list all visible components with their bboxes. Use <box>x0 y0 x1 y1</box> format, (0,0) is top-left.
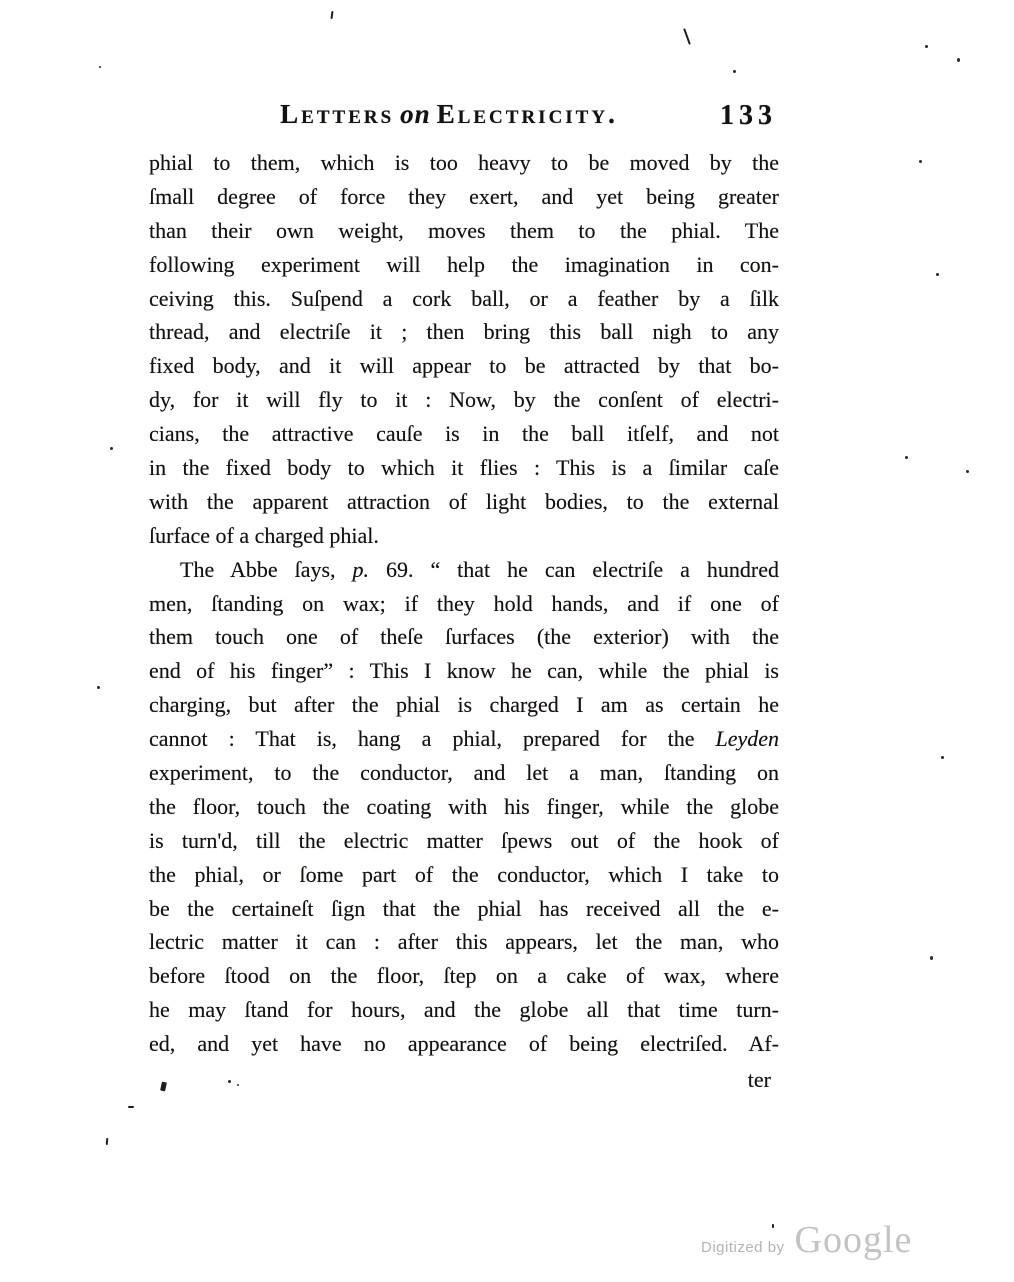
scan-speck <box>128 1106 134 1108</box>
scan-speck <box>772 1224 774 1228</box>
text-segment: ceiving this. Suſpend a cork ball, or a … <box>149 286 779 311</box>
text-line: be the certaineſt ſign that the phial ha… <box>149 892 779 926</box>
scan-speck <box>110 447 113 450</box>
text-segment: is turn'd, till the electric matter ſpew… <box>149 828 779 853</box>
body-lines: phial to them, which is too heavy to be … <box>149 146 779 1061</box>
text-line: end of his finger” : This I know he can,… <box>149 654 779 688</box>
scan-speck <box>683 28 691 45</box>
text-segment: Leyden <box>715 726 779 751</box>
scan-speck <box>97 686 100 689</box>
text-segment: ſurface of a charged phial. <box>149 523 379 548</box>
text-segment: 69. “ that he can electriſe a hundred <box>369 557 779 582</box>
scan-speck <box>99 66 101 68</box>
scan-speck <box>237 1084 239 1086</box>
scan-speck <box>330 11 333 19</box>
text-segment: following experiment will help the imagi… <box>149 252 779 277</box>
text-line: is turn'd, till the electric matter ſpew… <box>149 824 779 858</box>
text-line: with the apparent attraction of light bo… <box>149 485 779 519</box>
google-logo: Google <box>795 1218 913 1262</box>
scan-speck <box>925 45 928 48</box>
text-line: cians, the attractive cauſe is in the ba… <box>149 417 779 451</box>
digitized-by-label: Digitized by <box>701 1239 785 1256</box>
text-line: experiment, to the conductor, and let a … <box>149 756 779 790</box>
text-segment: ſmall degree of force they exert, and ye… <box>149 184 779 209</box>
scan-speck <box>936 273 939 276</box>
text-segment: before ſtood on the floor, ſtep on a cak… <box>149 963 779 988</box>
body-text: phial to them, which is too heavy to be … <box>149 146 779 1097</box>
text-segment: end of his finger” : This I know he can,… <box>149 658 779 683</box>
text-line: ſurface of a charged phial. <box>149 519 779 553</box>
text-segment: cannot : That is, hang a phial, prepared… <box>149 726 715 751</box>
scan-speck <box>919 160 922 163</box>
text-segment: he may ſtand for hours, and the globe al… <box>149 997 779 1022</box>
text-segment: dy, for it will fly to it : Now, by the … <box>149 387 779 412</box>
text-segment: them touch one of theſe ſurfaces (the ex… <box>149 624 779 649</box>
text-segment: experiment, to the conductor, and let a … <box>149 760 779 785</box>
text-segment: the floor, touch the coating with his fi… <box>149 794 779 819</box>
heading-segment: on <box>394 99 437 129</box>
heading-segment: Letters <box>280 99 394 129</box>
scan-speck <box>957 58 960 62</box>
text-line: charging, but after the phial is charged… <box>149 688 779 722</box>
text-line: men, ſtanding on wax; if they hold hands… <box>149 587 779 621</box>
digitization-watermark: Digitized by Google <box>701 1218 912 1262</box>
text-line: fixed body, and it will appear to be att… <box>149 349 779 383</box>
text-line: ed, and yet have no appearance of being … <box>149 1027 779 1061</box>
scan-speck <box>941 756 944 759</box>
page-number: 133 <box>701 100 777 132</box>
text-segment: fixed body, and it will appear to be att… <box>149 353 779 378</box>
text-line: in the fixed body to which it flies : Th… <box>149 451 779 485</box>
text-segment: phial to them, which is too heavy to be … <box>149 150 779 175</box>
text-line: following experiment will help the imagi… <box>149 248 779 282</box>
scan-speck <box>905 456 908 459</box>
text-line: thread, and electriſe it ; then bring th… <box>149 315 779 349</box>
text-line: the phial, or ſome part of the conductor… <box>149 858 779 892</box>
text-segment: ed, and yet have no appearance of being … <box>149 1031 779 1056</box>
text-line: before ſtood on the floor, ſtep on a cak… <box>149 959 779 993</box>
text-segment: lectric matter it can : after this appea… <box>149 929 779 954</box>
text-segment: thread, and electriſe it ; then bring th… <box>149 319 779 344</box>
scan-speck <box>228 1080 231 1083</box>
scan-speck <box>106 1138 109 1145</box>
text-segment: men, ſtanding on wax; if they hold hands… <box>149 591 779 616</box>
heading-segment: Electricity. <box>437 99 618 129</box>
text-segment: in the fixed body to which it flies : Th… <box>149 455 779 480</box>
scan-speck <box>733 70 736 73</box>
text-segment: with the apparent attraction of light bo… <box>149 489 779 514</box>
text-line: than their own weight, moves them to the… <box>149 214 779 248</box>
text-line: them touch one of theſe ſurfaces (the ex… <box>149 620 779 654</box>
scanned-book-page: LettersonElectricity. 133 phial to them,… <box>0 0 1014 1282</box>
text-segment: p. <box>353 557 370 582</box>
text-line: the floor, touch the coating with his fi… <box>149 790 779 824</box>
scan-speck <box>930 956 933 960</box>
text-line: The Abbe ſays, p. 69. “ that he can elec… <box>149 553 779 587</box>
text-segment: The Abbe ſays, <box>180 557 353 582</box>
text-line: cannot : That is, hang a phial, prepared… <box>149 722 779 756</box>
text-line: lectric matter it can : after this appea… <box>149 925 779 959</box>
text-segment: charging, but after the phial is charged… <box>149 692 779 717</box>
catchword: ter <box>149 1063 779 1097</box>
text-line: ſmall degree of force they exert, and ye… <box>149 180 779 214</box>
scan-speck <box>966 470 969 473</box>
text-segment: than their own weight, moves them to the… <box>149 218 779 243</box>
text-line: ceiving this. Suſpend a cork ball, or a … <box>149 282 779 316</box>
text-segment: the phial, or ſome part of the conductor… <box>149 862 779 887</box>
page-heading-title: LettersonElectricity. <box>149 99 749 130</box>
text-segment: be the certaineſt ſign that the phial ha… <box>149 896 779 921</box>
text-line: dy, for it will fly to it : Now, by the … <box>149 383 779 417</box>
text-segment: cians, the attractive cauſe is in the ba… <box>149 421 779 446</box>
text-line: he may ſtand for hours, and the globe al… <box>149 993 779 1027</box>
text-line: phial to them, which is too heavy to be … <box>149 146 779 180</box>
